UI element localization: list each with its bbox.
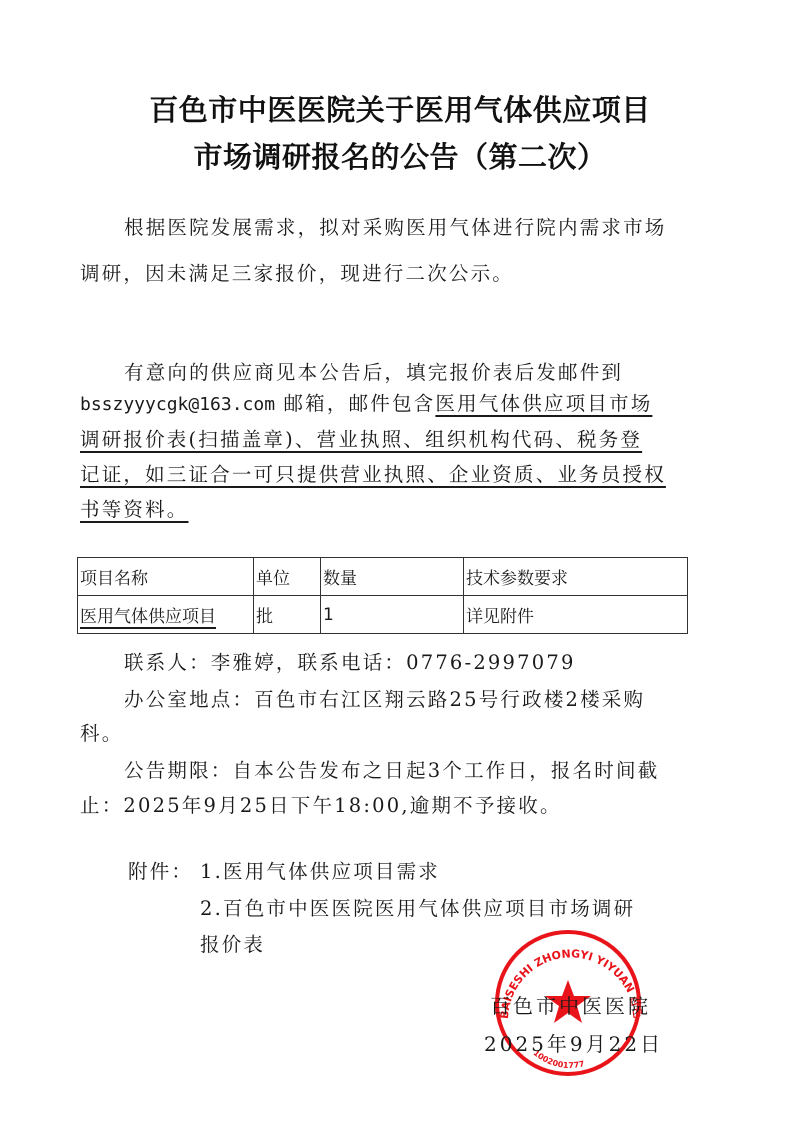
instructions-line3: 调研报价表(扫描盖章)、营业执照、组织机构代码、税务登 [80, 424, 642, 452]
table-header-row: 项目名称 单位 数量 技术参数要求 [78, 558, 688, 596]
office-line1: 办公室地点：百色市右江区翔云路25号行政楼2楼采购 [124, 684, 645, 712]
contact-line: 联系人：李雅婷，联系电话：0776-2997079 [124, 647, 576, 675]
cell-item-name: 医用气体供应项目 [78, 596, 254, 634]
table-row: 医用气体供应项目 批 1 详见附件 [78, 596, 688, 634]
cell-tech-params: 详见附件 [464, 596, 688, 634]
header-unit: 单位 [254, 558, 321, 596]
instructions-line2-underlined: 医用气体供应项目市场 [435, 392, 652, 415]
instructions-line1: 有意向的供应商见本公告后，填完报价表后发邮件到 [124, 357, 623, 385]
document-title-line1: 百色市中医医院关于医用气体供应项目 [0, 88, 800, 129]
header-tech-params: 技术参数要求 [464, 558, 688, 596]
document-title-line2: 市场调研报名的公告（第二次） [0, 135, 800, 176]
intro-line1: 根据医院发展需求，拟对采购医用气体进行院内需求市场 [124, 212, 667, 240]
instructions-line2: bsszyyycgk@163.com 邮箱，邮件包含医用气体供应项目市场 [80, 388, 652, 416]
instructions-line5: 书等资料。 [80, 494, 189, 522]
instructions-line2-text: 邮箱，邮件包含 [275, 392, 435, 415]
attachment-item-1: 1.医用气体供应项目需求 [200, 856, 440, 884]
attachments-label: 附件： [128, 856, 193, 884]
attachment-item-2-line2: 报价表 [200, 929, 265, 957]
header-quantity: 数量 [321, 558, 464, 596]
signature-date: 2025年9月22日 [484, 1028, 663, 1057]
instructions-line4: 记证，如三证合一可只提供营业执照、企业资质、业务员授权 [80, 459, 666, 487]
cell-quantity: 1 [321, 596, 464, 634]
office-line2: 科。 [80, 718, 123, 746]
header-item-name: 项目名称 [78, 558, 254, 596]
period-line2: 止：2025年9月25日下午18:00,逾期不予接收。 [80, 790, 562, 818]
email-address[interactable]: bsszyyycgk@163.com [80, 394, 275, 415]
period-line1: 公告期限：自本公告发布之日起3个工作日，报名时间截 [124, 755, 659, 783]
attachment-item-2-line1: 2.百色市中医医院医用气体供应项目市场调研 [200, 893, 635, 921]
signature-org: 百色市中医医院 [490, 990, 651, 1019]
cell-unit: 批 [254, 596, 321, 634]
items-table: 项目名称 单位 数量 技术参数要求 医用气体供应项目 批 1 详见附件 [77, 557, 688, 634]
intro-line2: 调研，因未满足三家报价，现进行二次公示。 [80, 258, 514, 286]
